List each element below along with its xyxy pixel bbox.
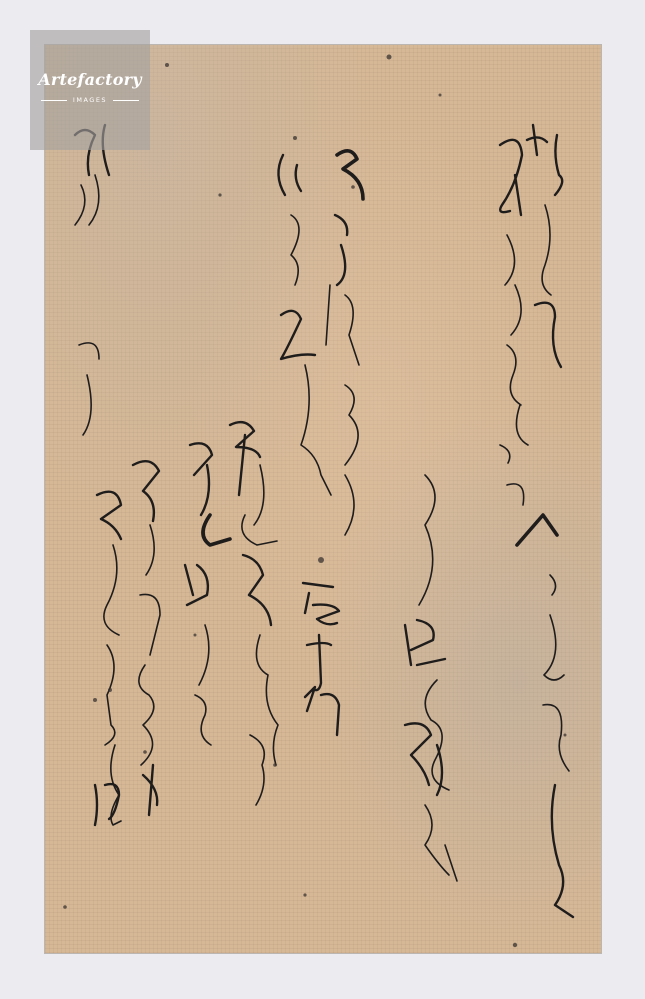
calligraphy-column-6 [303, 583, 339, 735]
divider-line-right [113, 100, 139, 101]
calligraphy-column-8 [185, 443, 230, 745]
divider-line-left [41, 100, 67, 101]
calligraphy-column-5 [278, 155, 331, 495]
calligraphy-column-11 [75, 125, 109, 435]
calligraphy-column-1 [517, 125, 573, 917]
calligraphy-column-2 [500, 140, 528, 505]
watermark-logo: Artefactory IMAGES [30, 30, 150, 150]
calligraphy-column-7 [230, 422, 278, 805]
manuscript-paper: 宇治網代 13 [45, 45, 601, 953]
calligraphy-column-9 [133, 461, 160, 815]
watermark-subtitle: IMAGES [73, 96, 107, 104]
paper-specks [63, 55, 566, 948]
calligraphy-column-10 [95, 492, 121, 825]
watermark-subtitle-row: IMAGES [30, 96, 150, 104]
calligraphy-ink [45, 45, 601, 953]
calligraphy-column-4 [326, 151, 457, 881]
watermark-brand: Artefactory [30, 70, 150, 89]
